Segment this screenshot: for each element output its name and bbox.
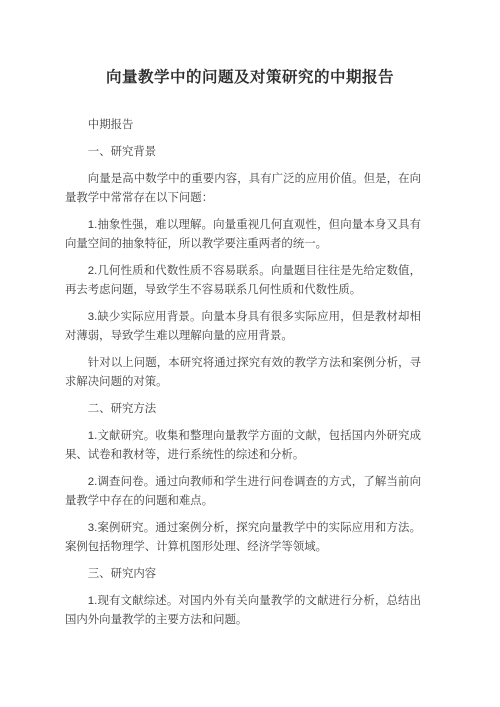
document-body: 中期报告 一、研究背景 向量是高中数学中的重要内容，具有广泛的应用价值。但是，在… [0, 116, 500, 630]
body-paragraph: 针对以上问题，本研究将通过探究有效的教学方法和案例分析，寻求解决问题的对策。 [65, 354, 421, 392]
body-paragraph: 1.文献研究。收集和整理向量教学方面的文献，包括国内外研究成果、试卷和教材等，进… [65, 427, 421, 465]
body-paragraph: 向量是高中数学中的重要内容，具有广泛的应用价值。但是，在向量教学中常常存在以下问… [65, 170, 421, 208]
body-paragraph: 3.缺少实际应用背景。向量本身具有很多实际应用，但是教材却相对薄弱，导致学生难以… [65, 308, 421, 346]
section-heading-3: 三、研究内容 [65, 565, 421, 584]
document-page: 向量教学中的问题及对策研究的中期报告 中期报告 一、研究背景 向量是高中数学中的… [0, 0, 500, 707]
body-paragraph: 2.几何性质和代数性质不容易联系。向量题目往往是先给定数值，再去考虑问题，导致学… [65, 262, 421, 300]
body-paragraph: 2.调查问卷。通过向教师和学生进行问卷调查的方式，了解当前向量教学中存在的问题和… [65, 473, 421, 511]
body-paragraph: 1.抽象性强，难以理解。向量重视几何直观性，但向量本身又具有向量空间的抽象特征，… [65, 216, 421, 254]
section-heading-2: 二、研究方法 [65, 400, 421, 419]
section-heading-1: 一、研究背景 [65, 143, 421, 162]
body-paragraph: 3.案例研究。通过案例分析，探究向量教学中的实际应用和方法。案例包括物理学、计算… [65, 519, 421, 557]
body-paragraph: 1.现有文献综述。对国内外有关向量教学的文献进行分析，总结出国内外向量教学的主要… [65, 592, 421, 630]
report-subtitle: 中期报告 [65, 116, 421, 135]
document-title: 向量教学中的问题及对策研究的中期报告 [0, 0, 500, 89]
